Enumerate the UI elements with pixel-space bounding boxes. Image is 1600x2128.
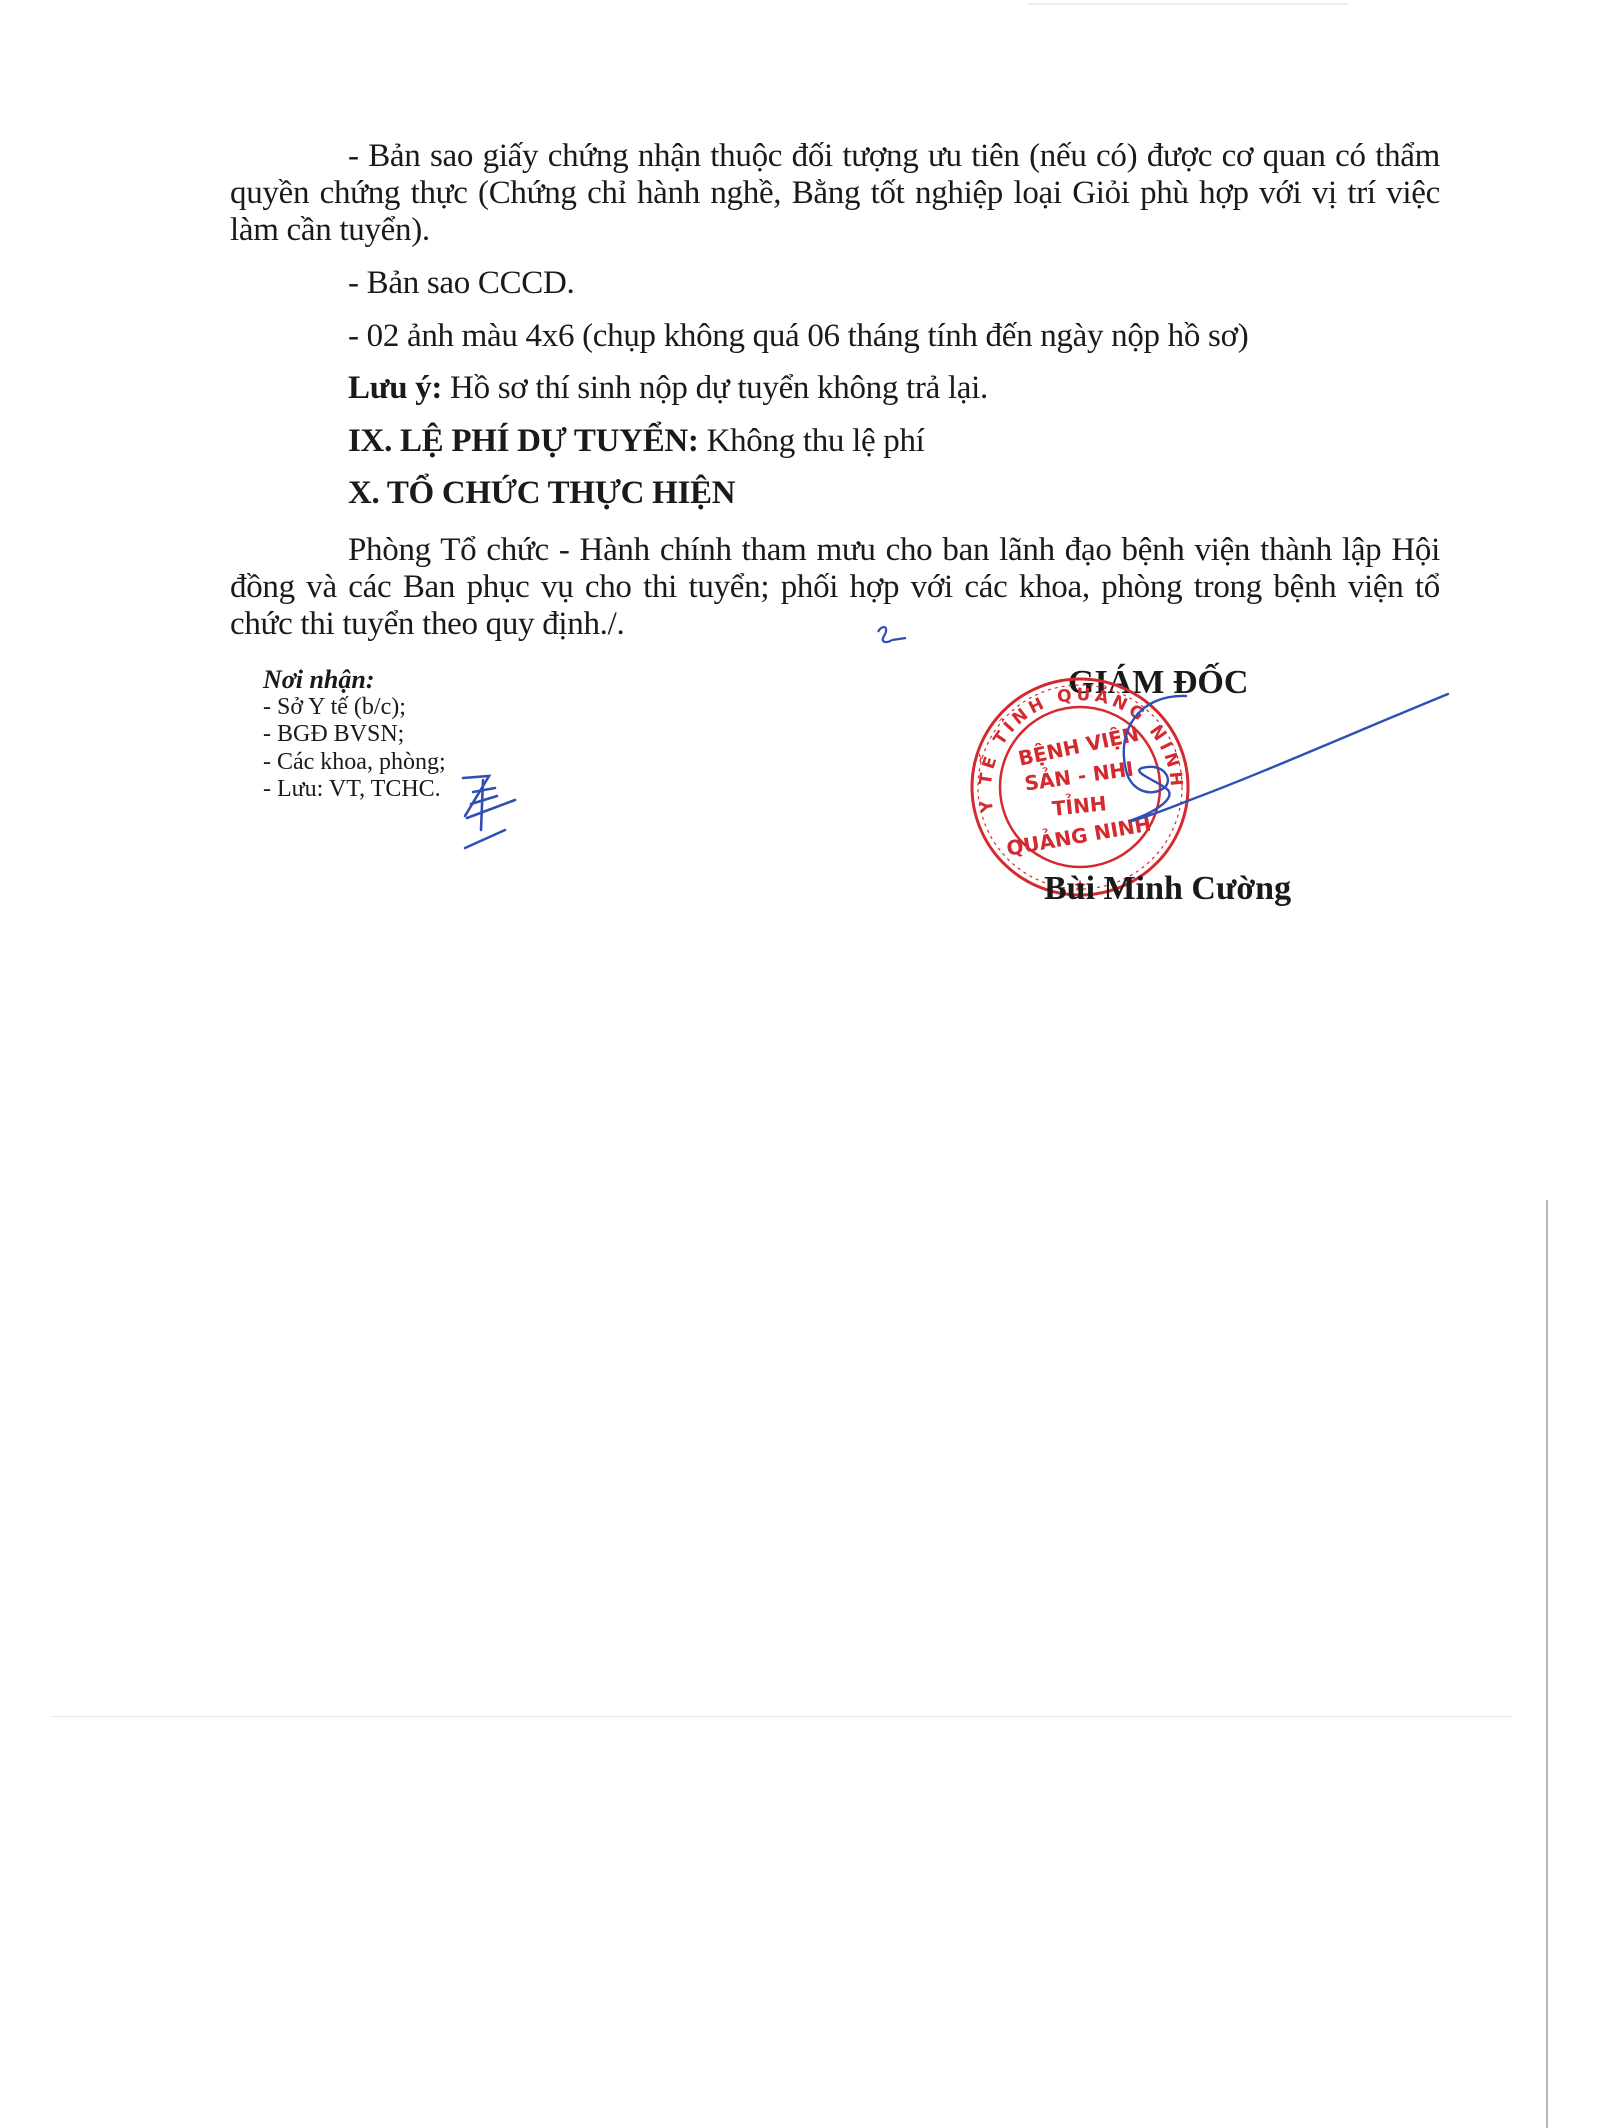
paragraph-priority-certificate: - Bản sao giấy chứng nhận thuộc đối tượn… bbox=[230, 138, 1440, 249]
handwritten-tick-icon bbox=[872, 618, 912, 658]
svg-text:TỈNH: TỈNH bbox=[1051, 790, 1108, 821]
section-x-text: Phòng Tổ chức - Hành chính tham mưu cho … bbox=[230, 532, 1440, 643]
note-label: Lưu ý: bbox=[348, 370, 442, 406]
scan-artifact-line bbox=[52, 1716, 1512, 1717]
priority-certificate-text: - Bản sao giấy chứng nhận thuộc đối tượn… bbox=[230, 138, 1440, 249]
note-text: Hồ sơ thí sinh nộp dự tuyển không trả lạ… bbox=[442, 370, 988, 406]
paragraph-note: Lưu ý: Hồ sơ thí sinh nộp dự tuyển không… bbox=[348, 370, 988, 407]
recipient-item: - Sở Y tế (b/c); bbox=[263, 694, 446, 722]
recipient-item: - Các khoa, phòng; bbox=[263, 749, 446, 777]
document-page: - Bản sao giấy chứng nhận thuộc đối tượn… bbox=[0, 0, 1600, 2128]
handwritten-initials-icon bbox=[455, 770, 535, 855]
signer-name: Bùi Minh Cường bbox=[1044, 870, 1291, 908]
paragraph-id-copy: - Bản sao CCCD. bbox=[348, 265, 575, 302]
section-ix-heading: IX. LỆ PHÍ DỰ TUYỂN: bbox=[348, 423, 699, 459]
scan-artifact-edge bbox=[1546, 1200, 1548, 2128]
scan-artifact-top bbox=[1028, 3, 1348, 5]
section-ix-text: Không thu lệ phí bbox=[699, 423, 925, 459]
section-x-body: Phòng Tổ chức - Hành chính tham mưu cho … bbox=[230, 532, 1440, 643]
recipients-title: Nơi nhận: bbox=[263, 666, 446, 694]
recipients-block: Nơi nhận: - Sở Y tế (b/c); - BGĐ BVSN; -… bbox=[263, 666, 446, 804]
recipient-item: - BGĐ BVSN; bbox=[263, 721, 446, 749]
paragraph-photos: - 02 ảnh màu 4x6 (chụp không quá 06 thán… bbox=[348, 318, 1248, 355]
handwritten-signature-icon bbox=[1120, 690, 1450, 860]
recipient-item: - Lưu: VT, TCHC. bbox=[263, 776, 446, 804]
section-x-heading: X. TỔ CHỨC THỰC HIỆN bbox=[348, 475, 735, 512]
section-ix: IX. LỆ PHÍ DỰ TUYỂN: Không thu lệ phí bbox=[348, 423, 925, 460]
